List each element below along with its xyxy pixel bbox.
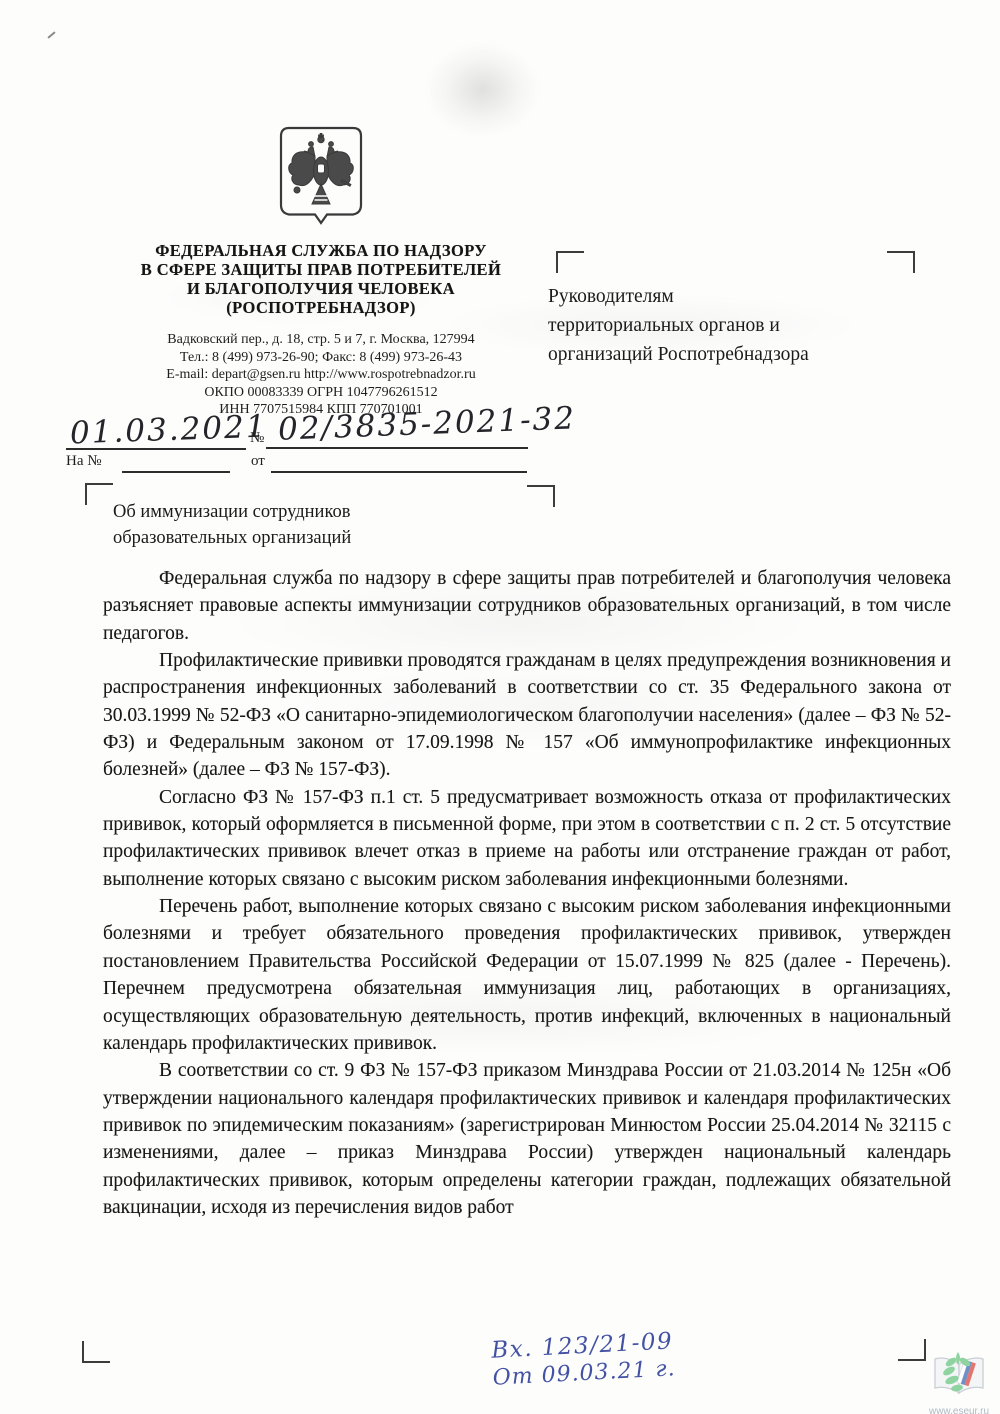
org-line: (РОСПОТРЕБНАДЗОР) <box>95 298 547 317</box>
body-paragraph: Согласно ФЗ № 157-ФЗ п.1 ст. 5 предусмат… <box>103 784 951 893</box>
letterhead-org-name: ФЕДЕРАЛЬНАЯ СЛУЖБА ПО НАДЗОРУ В СФЕРЕ ЗА… <box>95 241 547 317</box>
bottom-corner-mark-left <box>82 1341 110 1363</box>
body-paragraph: Федеральная служба по надзору в сфере за… <box>103 565 951 647</box>
address-line: Вадковский пер., д. 18, стр. 5 и 7, г. М… <box>95 331 547 349</box>
recipient-line: Руководителям <box>548 282 898 311</box>
number-underline <box>266 447 528 449</box>
subject-line: образовательных организаций <box>113 525 453 551</box>
scan-noise-smudge <box>425 42 540 137</box>
number-sign-label: № <box>250 430 264 447</box>
recipient-block: Руководителям территориальных органов и … <box>548 282 898 369</box>
scan-artifact-mark <box>47 31 55 38</box>
body-paragraph: Перечень работ, выполнение которых связа… <box>103 893 951 1057</box>
na-number-label: На № <box>66 453 102 470</box>
recipient-line: территориальных органов и <box>548 311 898 340</box>
ot-underline <box>271 471 527 473</box>
body-paragraph: Профилактические прививки проводятся гра… <box>103 647 951 784</box>
subject-line: Об иммунизации сотрудников <box>113 499 453 525</box>
date-underline <box>66 448 246 450</box>
email-line: E-mail: depart@gsen.ru http://www.rospot… <box>95 366 547 384</box>
org-line: ФЕДЕРАЛЬНАЯ СЛУЖБА ПО НАДЗОРУ <box>95 241 547 260</box>
eseur-book-logo-icon <box>930 1350 988 1396</box>
subject-corner-mark-left <box>85 483 113 505</box>
watermark-caption: www.eseur.ru <box>929 1406 989 1414</box>
handwritten-date: 01.03.2021 <box>69 409 268 452</box>
body-paragraph: В соответствии со ст. 9 ФЗ № 157-ФЗ прик… <box>103 1057 951 1221</box>
recipient-line: организаций Роспотребнадзора <box>548 340 898 369</box>
na-number-underline <box>122 471 230 473</box>
scanned-letter-page: ФЕДЕРАЛЬНАЯ СЛУЖБА ПО НАДЗОРУ В СФЕРЕ ЗА… <box>0 0 1000 1414</box>
recipient-corner-mark-left <box>556 251 584 273</box>
handwritten-incoming-note: Вх. 123/21-09 От 09.03.21 г. <box>491 1328 677 1392</box>
letter-body: Федеральная служба по надзору в сфере за… <box>103 565 951 1221</box>
coat-of-arms-icon <box>279 126 363 226</box>
org-line: И БЛАГОПОЛУЧИЯ ЧЕЛОВЕКА <box>95 279 547 298</box>
subject-corner-mark-right <box>527 485 555 507</box>
org-line: В СФЕРЕ ЗАЩИТЫ ПРАВ ПОТРЕБИТЕЛЕЙ <box>95 260 547 279</box>
phone-line: Тел.: 8 (499) 973-26-90; Факс: 8 (499) 9… <box>95 349 547 367</box>
recipient-corner-mark-right <box>887 251 915 273</box>
ot-label: от <box>251 453 265 470</box>
okpo-line: ОКПО 00083339 ОГРН 1047796261512 <box>95 384 547 402</box>
eseur-watermark: www.eseur.ru <box>922 1350 996 1414</box>
subject-block: Об иммунизации сотрудников образовательн… <box>113 499 453 551</box>
